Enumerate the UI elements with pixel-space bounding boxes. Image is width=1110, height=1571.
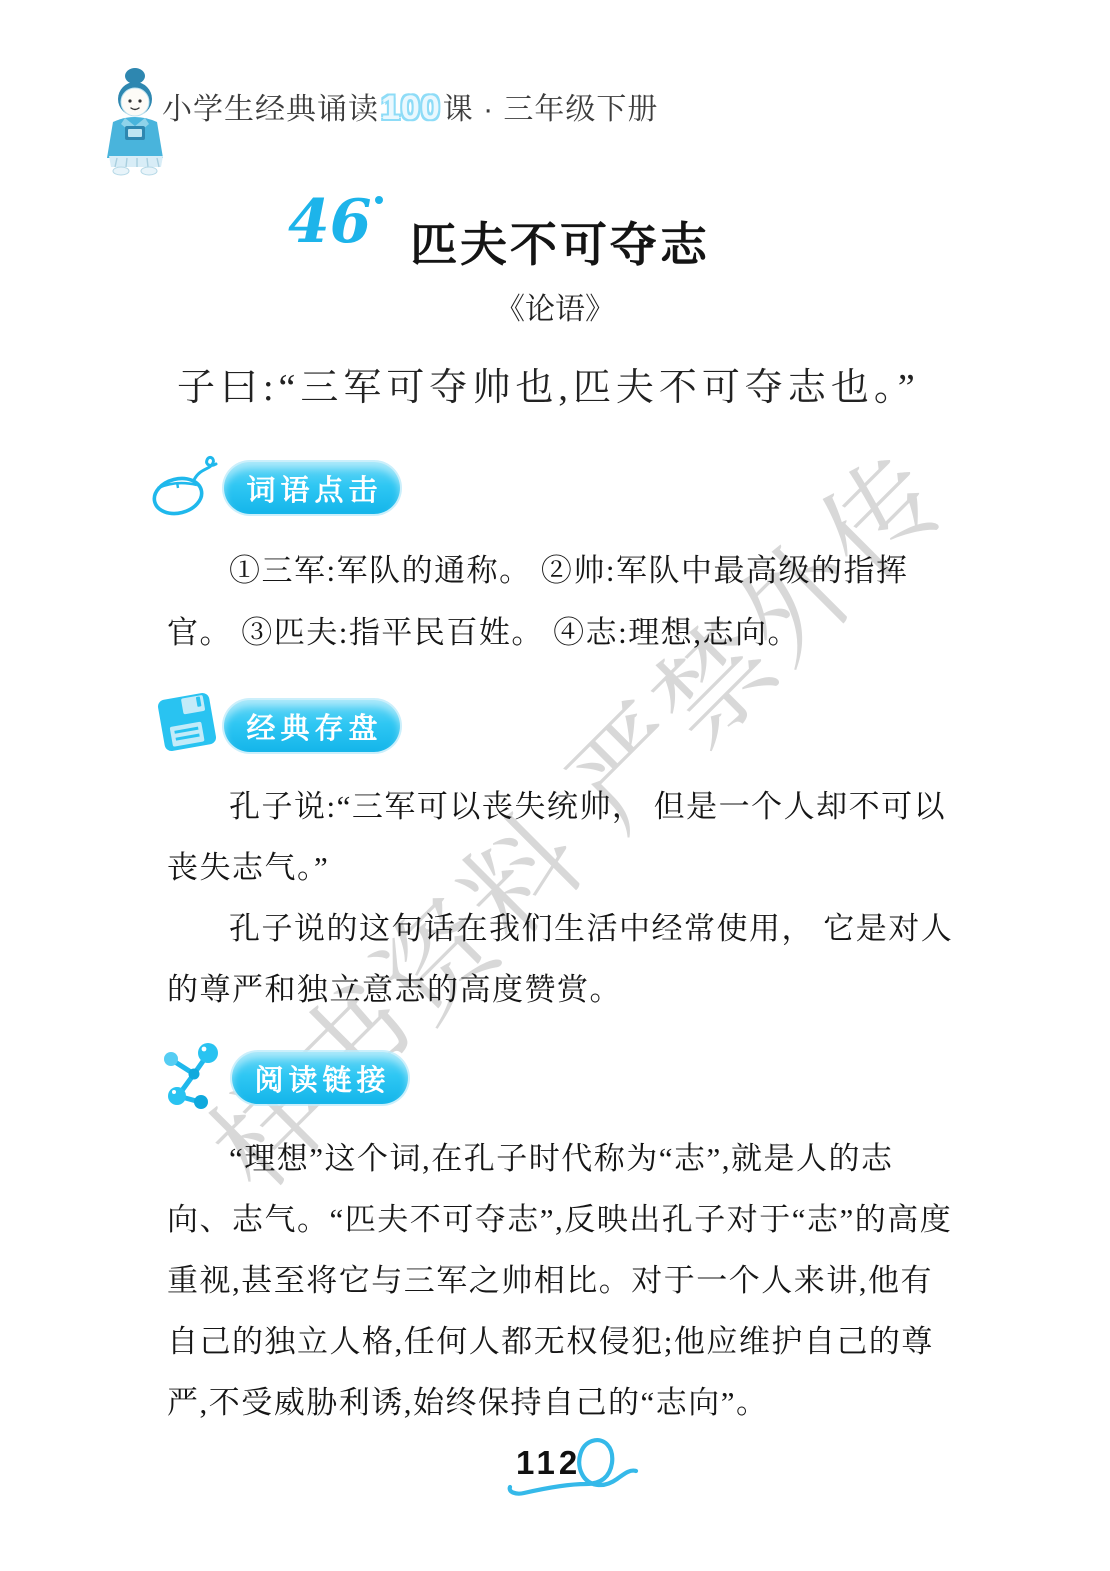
book-series-title-pre: 小学生经典诵读 [162,93,379,126]
text-line: 孔子说:“三军可以丧失统帅， 但是一个人却不可以 [167,776,952,837]
text-line: 官。 ③匹夫:指平民百姓。 ④志:理想,志向。 [167,602,952,664]
section-content-ciyu-dianji: ①三军:军队的通称。 ②帅:军队中最高级的指挥 官。 ③匹夫:指平民百姓。 ④志… [167,540,952,664]
lesson-source: 《论语》 [0,284,1110,328]
floppy-disk-icon [152,686,222,758]
text-line: 重视,甚至将它与三军之帅相比。对于一个人来讲,他有 [167,1250,952,1311]
text-line: 向、志气。“匹夫不可夺志”,反映出孔子对于“志”的高度 [167,1189,952,1250]
page-number: 112 [516,1444,581,1482]
section-content-yuedu-lianjie: “理想”这个词,在孔子时代称为“志”,就是人的志 向、志气。“匹夫不可夺志”,反… [167,1128,952,1433]
section-badge-yuedu-lianjie: 阅读链接 [232,1052,408,1104]
lesson-quote: 子曰:“三军可夺帅也,匹夫不可夺志也。” [177,356,967,411]
book-series-title-post: 课 · 三年级下册 [443,93,659,126]
text-line: “理想”这个词,在孔子时代称为“志”,就是人的志 [167,1128,952,1189]
lesson-number: 46 [288,192,383,252]
book-series-title: 小学生经典诵读100课 · 三年级下册 [162,84,658,128]
text-line: 自己的独立人格,任何人都无权侵犯;他应维护自己的尊 [167,1311,952,1372]
mouse-icon [150,454,224,522]
text-line: ①三军:军队的通称。 ②帅:军队中最高级的指挥 [167,540,952,602]
book-series-title-number: 100 [379,89,443,127]
scholar-mascot-illustration [95,66,177,176]
section-content-jingdian-cunpan: 孔子说:“三军可以丧失统帅， 但是一个人却不可以 丧失志气。” 孔子说的这句话在… [167,776,952,1020]
text-line: 孔子说的这句话在我们生活中经常使用， 它是对人 [167,898,952,959]
lesson-title: 匹夫不可夺志 [410,208,710,275]
molecule-icon [156,1038,228,1110]
section-badge-label: 词语点击 [241,468,382,509]
book-page: 样书资料 严禁外传 小学生经典诵读100课 · 三年级下册 46 匹夫不可夺志 … [0,0,1110,1571]
section-badge-ciyu-dianji: 词语点击 [224,462,400,514]
section-badge-label: 阅读链接 [249,1058,390,1099]
text-line: 严,不受威胁利诱,始终保持自己的“志向”。 [167,1372,952,1433]
section-badge-label: 经典存盘 [241,706,382,747]
text-line: 的尊严和独立意志的高度赞赏。 [167,959,952,1020]
section-badge-jingdian-cunpan: 经典存盘 [224,700,400,752]
text-line: 丧失志气。” [167,837,952,898]
